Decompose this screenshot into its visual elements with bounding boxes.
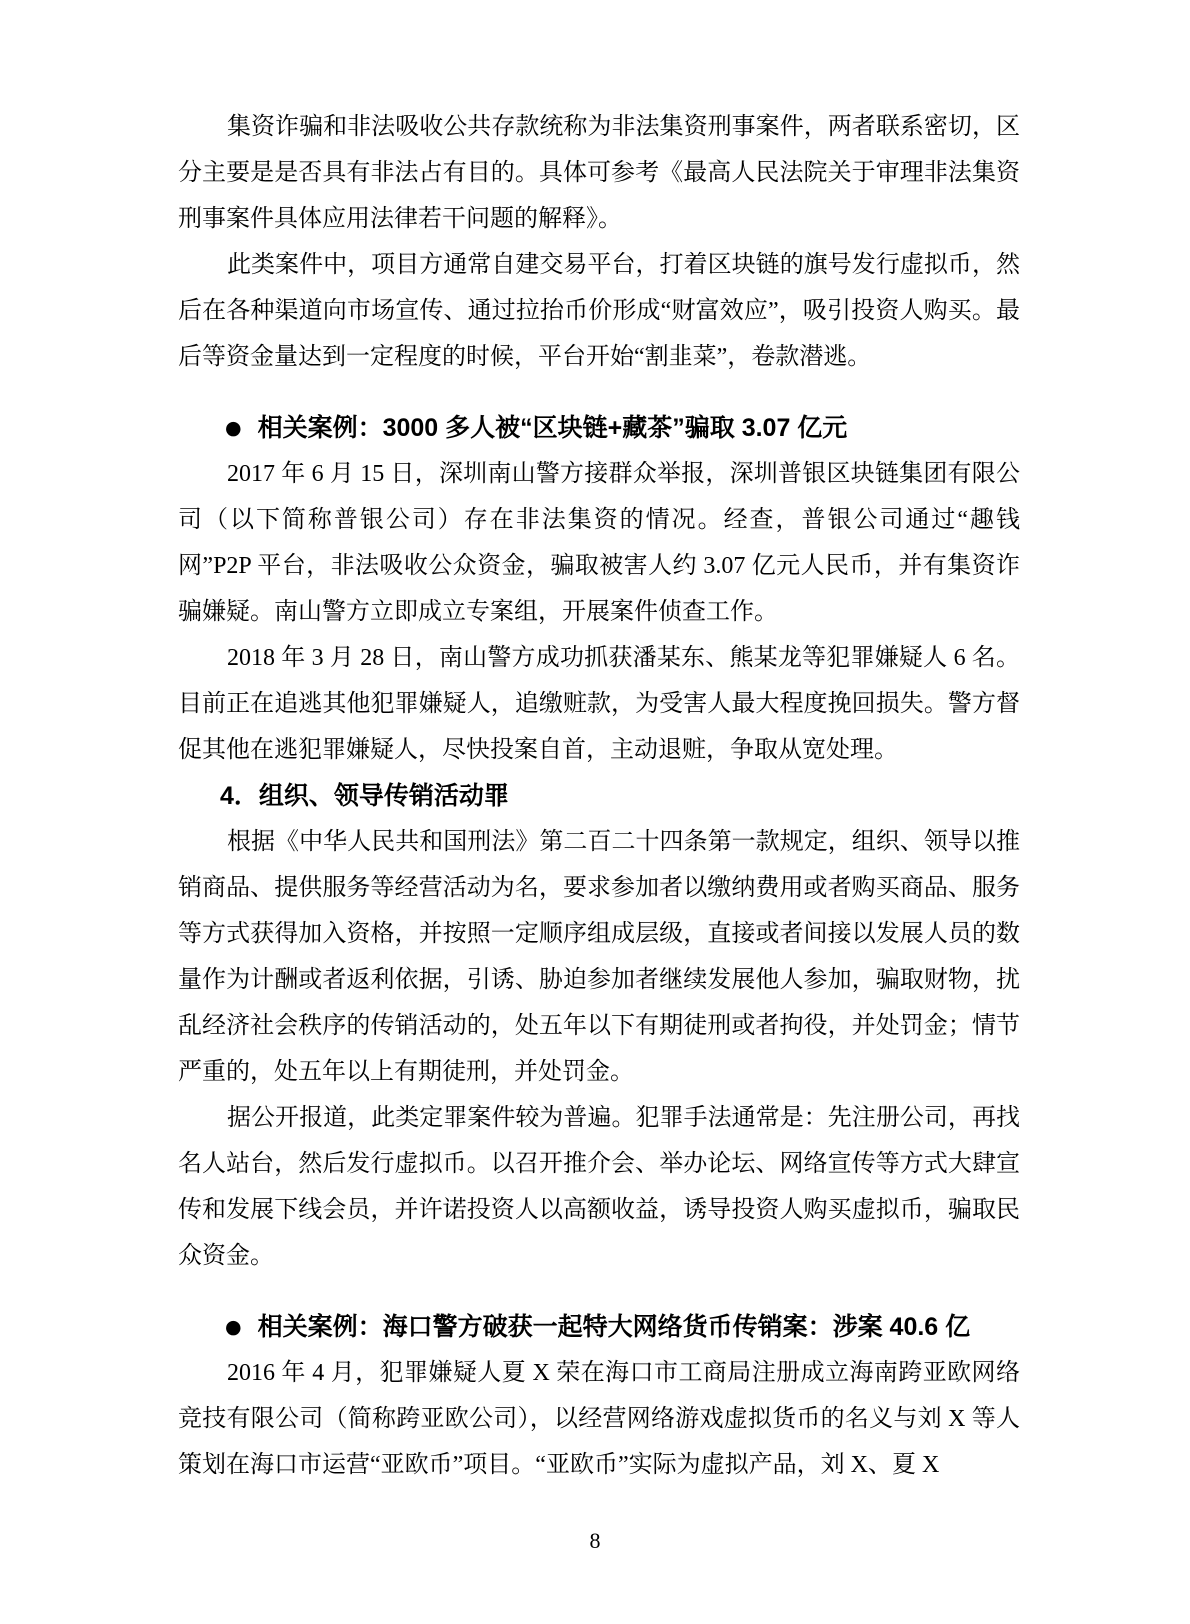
bullet-icon: ●: [225, 417, 242, 439]
section-heading: 4．组织、领导传销活动罪: [178, 773, 1020, 819]
body-paragraph: 2018 年 3 月 28 日，南山警方成功抓获潘某东、熊某龙等犯罪嫌疑人 6 …: [178, 635, 1020, 773]
body-paragraph: 2016 年 4 月，犯罪嫌疑人夏 X 荣在海口市工商局注册成立海南跨亚欧网络竞…: [178, 1350, 1020, 1488]
body-paragraph: 据公开报道，此类定罪案件较为普遍。犯罪手法通常是：先注册公司，再找名人站台，然后…: [178, 1095, 1020, 1279]
body-paragraph: 此类案件中，项目方通常自建交易平台，打着区块链的旗号发行虚拟币，然后在各种渠道向…: [178, 242, 1020, 380]
case-bullet-heading: ●相关案例：海口警方破获一起特大网络货币传销案：涉案 40.6 亿: [178, 1304, 1020, 1350]
case-heading-text: 相关案例：海口警方破获一起特大网络货币传销案：涉案 40.6 亿: [258, 1313, 971, 1341]
page-number: 8: [0, 1528, 1190, 1554]
body-paragraph: 2017 年 6 月 15 日，深圳南山警方接群众举报，深圳普银区块链集团有限公…: [178, 451, 1020, 635]
document-content: 集资诈骗和非法吸收公共存款统称为非法集资刑事案件，两者联系密切，区分主要是是否具…: [178, 104, 1020, 1488]
document-page: 集资诈骗和非法吸收公共存款统称为非法集资刑事案件，两者联系密切，区分主要是是否具…: [0, 0, 1190, 1624]
body-paragraph: 集资诈骗和非法吸收公共存款统称为非法集资刑事案件，两者联系密切，区分主要是是否具…: [178, 104, 1020, 242]
case-bullet-heading: ●相关案例：3000 多人被“区块链+藏茶”骗取 3.07 亿元: [178, 405, 1020, 451]
bullet-icon: ●: [225, 1316, 242, 1338]
case-heading-text: 相关案例：3000 多人被“区块链+藏茶”骗取 3.07 亿元: [258, 414, 848, 442]
body-paragraph: 根据《中华人民共和国刑法》第二百二十四条第一款规定，组织、领导以推销商品、提供服…: [178, 819, 1020, 1095]
